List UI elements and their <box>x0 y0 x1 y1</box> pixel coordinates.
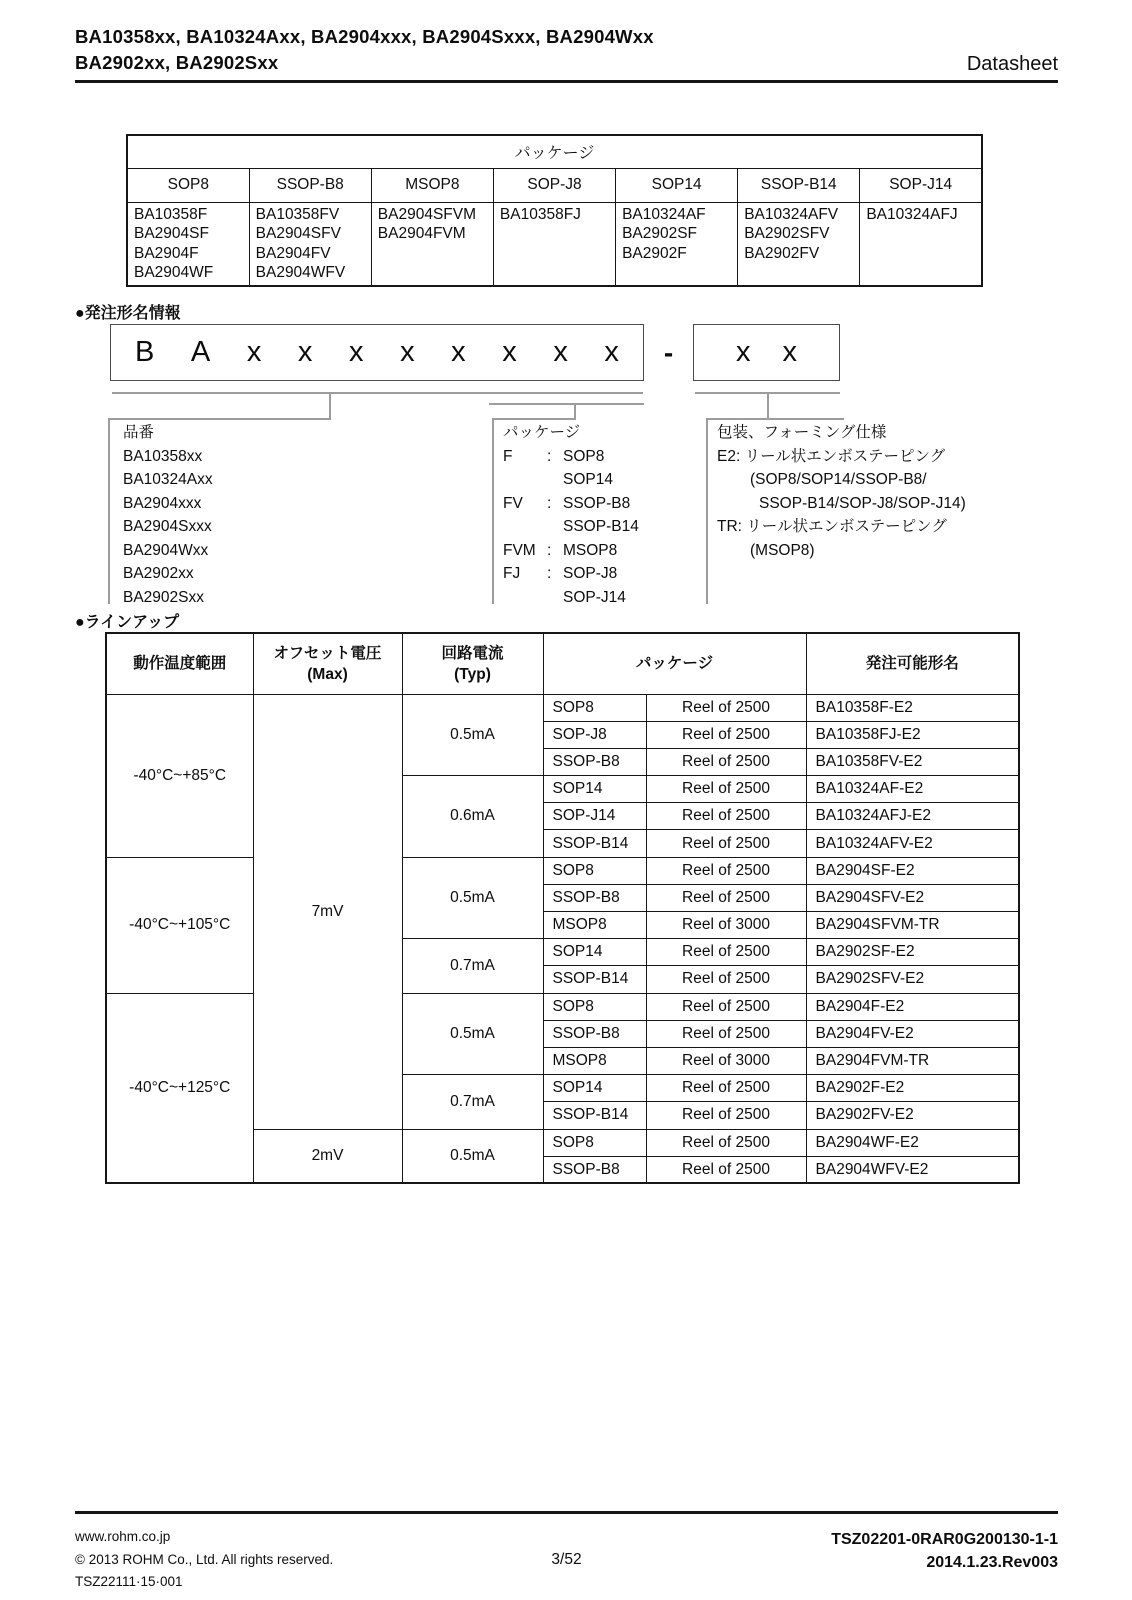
connector-line <box>767 392 769 418</box>
package-table-body-row: BA10358FBA2904SFBA2904FBA2904WFBA10358FV… <box>127 202 982 286</box>
lineup-cell: Reel of 2500 <box>646 1020 806 1047</box>
package-code-separator: : <box>547 445 563 469</box>
lineup-cell: SSOP-B14 <box>543 966 646 993</box>
part-number-char: x <box>400 336 415 369</box>
lineup-cell: BA2904WFV-E2 <box>806 1156 1019 1183</box>
package-code-separator <box>547 586 563 610</box>
lineup-cell: Reel of 2500 <box>646 1156 806 1183</box>
package-parts-cell: BA10324AFVBA2902SFVBA2902FV <box>738 202 860 286</box>
part-series-item: BA2902Sxx <box>123 586 353 610</box>
part-series-item: BA10358xx <box>123 445 353 469</box>
bracket-line <box>492 418 494 604</box>
package-table-header-row: SOP8SSOP-B8MSOP8SOP-J8SOP14SSOP-B14SOP-J… <box>127 168 982 202</box>
lineup-header-row: 動作温度範囲 オフセット電圧 (Max) 回路電流 (Typ) パッケージ 発注… <box>106 633 1019 694</box>
packing-line: TR: リール状エンボステーピング <box>717 515 1037 539</box>
part-series-item: BA2902xx <box>123 562 353 586</box>
package-code <box>503 468 547 492</box>
product-title-line2: BA2902xx, BA2902Sxx <box>75 50 654 76</box>
part-number: BA10324AFV <box>744 205 853 225</box>
part-number: BA2902F <box>622 244 731 264</box>
lineup-cell: 0.5mA <box>402 1129 543 1183</box>
lineup-cell: BA2902SF-E2 <box>806 939 1019 966</box>
package-code-row: FVM:MSOP8 <box>503 539 683 563</box>
product-title-line1: BA10358xx, BA10324Axx, BA2904xxx, BA2904… <box>75 24 654 50</box>
lineup-cell: BA10324AFJ-E2 <box>806 803 1019 830</box>
packing-line: E2: リール状エンボステーピング <box>717 445 1037 469</box>
lineup-cell: -40°C~+125°C <box>106 993 253 1183</box>
lineup-cell: SSOP-B8 <box>543 1156 646 1183</box>
bracket-line <box>706 418 844 420</box>
lineup-cell: Reel of 2500 <box>646 857 806 884</box>
packing-line: (SOP8/SOP14/SSOP-B8/ <box>717 468 1037 492</box>
lineup-cell: Reel of 2500 <box>646 1129 806 1156</box>
lineup-cell: 2mV <box>253 1129 402 1183</box>
footer-doc-code: TSZ22111·15·001 <box>75 1571 333 1594</box>
part-number: BA2904FVM <box>378 224 487 244</box>
lineup-cell: SSOP-B14 <box>543 1102 646 1129</box>
packing-group-label: 包装、フォーミング仕様 <box>717 421 1037 445</box>
package-code-row: FJ:SOP-J8 <box>503 562 683 586</box>
lineup-cell: BA2902FV-E2 <box>806 1102 1019 1129</box>
part-number: BA2904FV <box>256 244 365 264</box>
part-number-char: x <box>604 336 619 369</box>
footer-rule <box>75 1511 1058 1514</box>
lineup-cell: SSOP-B8 <box>543 884 646 911</box>
lineup-cell: BA2904FVM-TR <box>806 1047 1019 1074</box>
lineup-cell: BA10324AF-E2 <box>806 776 1019 803</box>
lineup-cell: Reel of 2500 <box>646 748 806 775</box>
package-code-value: SSOP-B8 <box>563 492 630 516</box>
package-code <box>503 515 547 539</box>
package-parts-cell: BA10358FBA2904SFBA2904FBA2904WF <box>127 202 249 286</box>
lineup-cell: Reel of 3000 <box>646 1047 806 1074</box>
packing-line: SSOP-B14/SOP-J8/SOP-J14) <box>717 492 1037 516</box>
package-code-group-label: パッケージ <box>503 421 683 445</box>
part-number-char: B <box>135 336 154 369</box>
package-code-row: SOP-J14 <box>503 586 683 610</box>
part-number: BA10358FV <box>256 205 365 225</box>
lineup-cell: BA2904SFV-E2 <box>806 884 1019 911</box>
package-parts-cell: BA10324AFBA2902SFBA2902F <box>616 202 738 286</box>
part-number: BA10358FJ <box>500 205 609 225</box>
lineup-cell: 0.5mA <box>402 993 543 1075</box>
package-code: F <box>503 445 547 469</box>
lineup-cell: SOP14 <box>543 939 646 966</box>
lineup-cell: SSOP-B8 <box>543 1020 646 1047</box>
part-number: BA2902SFV <box>744 224 853 244</box>
part-number: BA2904SF <box>134 224 243 244</box>
part-number-char: x <box>298 336 313 369</box>
package-code-row: SSOP-B14 <box>503 515 683 539</box>
package-column-header: MSOP8 <box>371 168 493 202</box>
lineup-cell: Reel of 2500 <box>646 1075 806 1102</box>
package-parts-cell: BA2904SFVMBA2904FVM <box>371 202 493 286</box>
lineup-cell: 0.5mA <box>402 694 543 776</box>
package-table-title: パッケージ <box>127 135 982 168</box>
package-code-separator: : <box>547 539 563 563</box>
lineup-row: -40°C~+125°C0.5mASOP8Reel of 2500BA2904F… <box>106 993 1019 1020</box>
part-number-group: 品番 BA10358xxBA10324AxxBA2904xxxBA2904Sxx… <box>123 421 353 609</box>
package-code-separator <box>547 515 563 539</box>
lineup-cell: BA2904SF-E2 <box>806 857 1019 884</box>
connector-line <box>574 403 576 418</box>
package-code-value: MSOP8 <box>563 539 617 563</box>
lineup-cell: 0.5mA <box>402 857 543 939</box>
package-code: FV <box>503 492 547 516</box>
package-code-row: SOP14 <box>503 468 683 492</box>
datasheet-page: { "header": { "title_line1": "BA10358xx,… <box>0 0 1132 1600</box>
part-number: BA2902FV <box>744 244 853 264</box>
connector-line <box>112 392 643 394</box>
lineup-cell: SOP8 <box>543 1129 646 1156</box>
lineup-cell: SOP-J14 <box>543 803 646 830</box>
lineup-cell: SOP14 <box>543 1075 646 1102</box>
package-code <box>503 586 547 610</box>
lineup-cell: SOP8 <box>543 694 646 721</box>
package-code: FJ <box>503 562 547 586</box>
part-series-item: BA2904xxx <box>123 492 353 516</box>
lineup-cell: Reel of 2500 <box>646 803 806 830</box>
lineup-cell: Reel of 2500 <box>646 939 806 966</box>
part-number: BA2904WFV <box>256 263 365 283</box>
lineup-cell: Reel of 2500 <box>646 721 806 748</box>
package-code: FVM <box>503 539 547 563</box>
datasheet-label: Datasheet <box>967 53 1058 76</box>
lineup-cell: 0.7mA <box>402 939 543 993</box>
lineup-cell: SOP8 <box>543 857 646 884</box>
lineup-cell: SOP14 <box>543 776 646 803</box>
lineup-cell: SSOP-B14 <box>543 830 646 857</box>
part-number: BA10324AF <box>622 205 731 225</box>
package-column-header: SSOP-B14 <box>738 168 860 202</box>
package-code-group: パッケージ F:SOP8SOP14FV:SSOP-B8SSOP-B14FVM:M… <box>503 421 683 609</box>
lineup-cell: SOP-J8 <box>543 721 646 748</box>
part-number-char: A <box>191 336 210 369</box>
lineup-table: 動作温度範囲 オフセット電圧 (Max) 回路電流 (Typ) パッケージ 発注… <box>105 632 1020 1184</box>
part-number-list: BA10358xxBA10324AxxBA2904xxxBA2904SxxxBA… <box>123 445 353 610</box>
lineup-header-temperature: 動作温度範囲 <box>106 633 253 694</box>
part-number-char: x <box>451 336 466 369</box>
footer-right-block: TSZ02201-0RAR0G200130-1-1 2014.1.23.Rev0… <box>831 1528 1058 1574</box>
part-number: BA2904SFVM <box>378 205 487 225</box>
product-title: BA10358xx, BA10324Axx, BA2904xxx, BA2904… <box>75 24 654 76</box>
lineup-cell: MSOP8 <box>543 912 646 939</box>
lineup-cell: BA2904SFVM-TR <box>806 912 1019 939</box>
lineup-cell: BA10358F-E2 <box>806 694 1019 721</box>
part-series-item: BA2904Sxxx <box>123 515 353 539</box>
lineup-header-circuit-current: 回路電流 (Typ) <box>402 633 543 694</box>
lineup-cell: 0.6mA <box>402 776 543 858</box>
footer-ref-number: TSZ02201-0RAR0G200130-1-1 <box>831 1528 1058 1551</box>
part-number-char: x <box>502 336 517 369</box>
part-number-prefix-box: BAxxxxxxxx <box>110 324 644 381</box>
page-header: BA10358xx, BA10324Axx, BA2904xxx, BA2904… <box>75 24 1058 83</box>
bracket-line <box>108 418 331 420</box>
package-column-header: SSOP-B8 <box>249 168 371 202</box>
lineup-cell: -40°C~+85°C <box>106 694 253 857</box>
lineup-cell: MSOP8 <box>543 1047 646 1074</box>
part-number: BA2904F <box>134 244 243 264</box>
packing-group: 包装、フォーミング仕様 E2: リール状エンボステーピング(SOP8/SOP14… <box>717 421 1037 562</box>
lineup-cell: SOP8 <box>543 993 646 1020</box>
lineup-cell: Reel of 3000 <box>646 912 806 939</box>
part-series-item: BA2904Wxx <box>123 539 353 563</box>
lineup-cell: BA10358FJ-E2 <box>806 721 1019 748</box>
package-column-header: SOP-J14 <box>860 168 982 202</box>
lineup-cell: Reel of 2500 <box>646 694 806 721</box>
package-parts-cell: BA10324AFJ <box>860 202 982 286</box>
part-number-dash: - <box>644 324 693 381</box>
lineup-cell: Reel of 2500 <box>646 1102 806 1129</box>
bracket-line <box>108 418 110 604</box>
part-number: BA10358F <box>134 205 243 225</box>
lineup-cell: SSOP-B8 <box>543 748 646 775</box>
packing-line: (MSOP8) <box>717 539 1037 563</box>
lineup-cell: 0.7mA <box>402 1075 543 1129</box>
package-column-header: SOP8 <box>127 168 249 202</box>
package-code-separator <box>547 468 563 492</box>
part-number-suffix-box: xx <box>693 324 840 381</box>
lineup-cell: Reel of 2500 <box>646 884 806 911</box>
package-code-value: SOP8 <box>563 445 604 469</box>
lineup-cell: BA10358FV-E2 <box>806 748 1019 775</box>
part-number-group-label: 品番 <box>123 421 353 445</box>
package-code-separator: : <box>547 492 563 516</box>
package-table: パッケージ SOP8SSOP-B8MSOP8SOP-J8SOP14SSOP-B1… <box>126 134 983 287</box>
lineup-cell: BA2902F-E2 <box>806 1075 1019 1102</box>
lineup-cell: BA2902SFV-E2 <box>806 966 1019 993</box>
lineup-header-offset-voltage: オフセット電圧 (Max) <box>253 633 402 694</box>
lineup-cell: Reel of 2500 <box>646 830 806 857</box>
bracket-line <box>492 418 576 420</box>
part-series-item: BA10324Axx <box>123 468 353 492</box>
lineup-cell: BA2904WF-E2 <box>806 1129 1019 1156</box>
lineup-header-package: パッケージ <box>543 633 806 694</box>
part-number-char: x <box>553 336 568 369</box>
part-number: BA2904SFV <box>256 224 365 244</box>
package-code-list: F:SOP8SOP14FV:SSOP-B8SSOP-B14FVM:MSOP8FJ… <box>503 445 683 610</box>
package-code-value: SOP-J8 <box>563 562 617 586</box>
lineup-row: -40°C~+85°C7mV0.5mASOP8Reel of 2500BA103… <box>106 694 1019 721</box>
lineup-section-title: ●ラインアップ <box>75 609 179 632</box>
lineup-cell: Reel of 2500 <box>646 776 806 803</box>
package-parts-cell: BA10358FVBA2904SFVBA2904FVBA2904WFV <box>249 202 371 286</box>
package-code-row: F:SOP8 <box>503 445 683 469</box>
package-code-value: SSOP-B14 <box>563 515 639 539</box>
part-number: BA2904WF <box>134 263 243 283</box>
lineup-header-orderable-part: 発注可能形名 <box>806 633 1019 694</box>
part-number: BA10324AFJ <box>866 205 975 225</box>
connector-line <box>489 403 644 405</box>
package-code-value: SOP-J14 <box>563 586 626 610</box>
part-number-char: x <box>783 336 798 369</box>
package-code-row: FV:SSOP-B8 <box>503 492 683 516</box>
package-column-header: SOP-J8 <box>493 168 615 202</box>
part-number-char: x <box>736 336 751 369</box>
lineup-cell: BA10324AFV-E2 <box>806 830 1019 857</box>
ordering-section-title: ●発注形名情報 <box>75 300 181 323</box>
lineup-cell: -40°C~+105°C <box>106 857 253 993</box>
bracket-line <box>706 418 708 604</box>
lineup-cell: Reel of 2500 <box>646 966 806 993</box>
part-number-char: x <box>349 336 364 369</box>
packing-line-list: E2: リール状エンボステーピング(SOP8/SOP14/SSOP-B8/SSO… <box>717 445 1037 563</box>
part-number: BA2902SF <box>622 224 731 244</box>
package-column-header: SOP14 <box>616 168 738 202</box>
lineup-cell: BA2904FV-E2 <box>806 1020 1019 1047</box>
part-number-char: x <box>247 336 262 369</box>
lineup-cell: Reel of 2500 <box>646 993 806 1020</box>
footer-revision: 2014.1.23.Rev003 <box>831 1551 1058 1574</box>
lineup-cell: BA2904F-E2 <box>806 993 1019 1020</box>
lineup-row: -40°C~+105°C0.5mASOP8Reel of 2500BA2904S… <box>106 857 1019 884</box>
footer-website: www.rohm.co.jp <box>75 1526 333 1549</box>
package-code-value: SOP14 <box>563 468 613 492</box>
lineup-cell: 7mV <box>253 694 402 1129</box>
connector-line <box>329 392 331 418</box>
package-code-separator: : <box>547 562 563 586</box>
package-parts-cell: BA10358FJ <box>493 202 615 286</box>
